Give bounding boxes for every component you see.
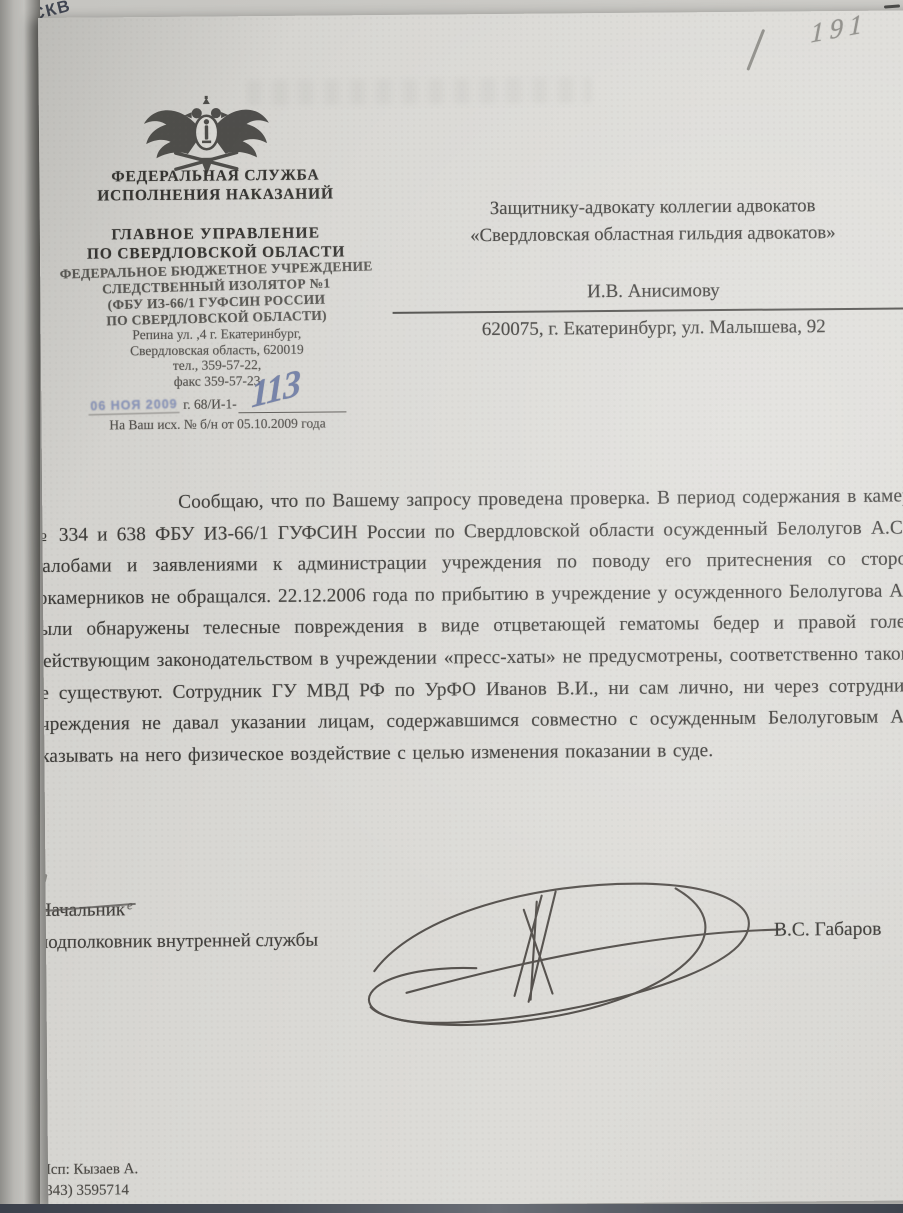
scanned-letter-photo: МОСКВ 191 ФЕДЕ	[0, 0, 903, 1213]
recipient-block: Защитнику-адвокату коллегии адвокатов «С…	[392, 191, 903, 344]
recipient-address: 620075, г. Екатеринбург, ул. Малышева, 9…	[393, 312, 903, 344]
pen-speck	[43, 874, 48, 883]
signature-scribble	[343, 870, 785, 1052]
ink-bleedthrough-smudge	[247, 77, 592, 106]
recipient-name: И.В. Анисимову	[392, 276, 903, 314]
registration-row: 06 НОЯ 2009 г. 68/И-1- 113	[41, 390, 393, 415]
letterhead: ФЕДЕРАЛЬНАЯ СЛУЖБА ИСПОЛНЕНИЯ НАКАЗАНИЙ …	[39, 165, 393, 434]
executor-phone: (343) 3595714	[40, 1180, 138, 1202]
executor-block: Исп: Кызаев А. (343) 3595714	[40, 1159, 139, 1202]
executor-name: Исп: Кызаев А.	[40, 1159, 138, 1181]
recipient-line: «Свердловская областная гильдия адвокато…	[392, 218, 903, 250]
pencil-slash-mark	[746, 29, 764, 71]
pencil-page-number: 191	[810, 10, 868, 50]
agency-name-line: ИСПОЛНЕНИЯ НАКАЗАНИЙ	[39, 184, 391, 206]
signer-name: В.С. Габаров	[774, 919, 882, 942]
in-reply-to-line: На Ваш исх. № б/н от 05.10.2009 года	[41, 415, 393, 434]
top-corner-dash-mark	[884, 4, 900, 8]
book-spine-shadow	[0, 0, 40, 1213]
photo-bottom-dark-edge	[0, 1204, 903, 1213]
outgoing-number-prefix: г. 68/И-1-	[183, 396, 237, 412]
fax-line: факс 359-57-23	[41, 371, 393, 390]
incoming-date-stamp: 06 НОЯ 2009	[88, 397, 180, 415]
letter-page: 191 ФЕДЕРАЛЬНАЯ СЛУЖБА ИС	[38, 10, 903, 1208]
outgoing-number-blank: 113	[239, 397, 347, 413]
letter-body-paragraph: Сообщаю, что по Вашему запросу проведена…	[38, 480, 903, 772]
